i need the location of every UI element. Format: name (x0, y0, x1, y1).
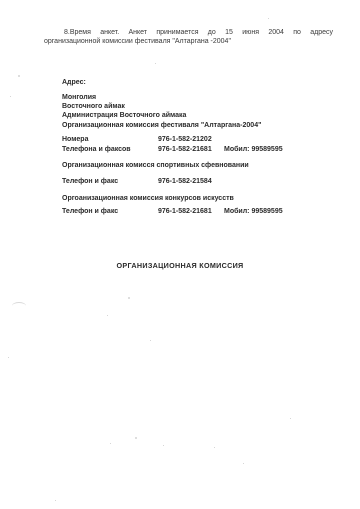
sports-phone-label: Телефон и факс (62, 178, 158, 187)
scanned-document-page: 8.Время анкет. Анкет принимается до 15 и… (0, 0, 360, 509)
phone-fax-row: Телефона и факсов 976-1-582-21681 Мобил:… (62, 146, 332, 155)
scan-speck (10, 96, 11, 97)
scan-speck (214, 447, 215, 448)
intro-paragraph-line1: 8.Время анкет. Анкет принимается до 15 и… (44, 29, 333, 38)
intro-paragraph: 8.Время анкет. Анкет принимается до 15 и… (44, 29, 333, 46)
sports-phone-value: 976-1-582-21584 (158, 178, 224, 187)
scan-speck (243, 463, 244, 464)
intro-paragraph-line2: организационной комиссии фестиваля "Алта… (44, 38, 333, 47)
scan-speck (268, 18, 269, 19)
address-label: Адрес: (62, 79, 86, 88)
scan-speck (135, 437, 137, 439)
sports-phone-extra (224, 178, 332, 187)
address-block: Монголия Восточного аймак Администрация … (62, 93, 261, 130)
address-region: Восточного аймак (62, 102, 261, 111)
scan-speck (107, 315, 108, 316)
arts-phone-label: Телефон и факс (62, 208, 158, 217)
section-heading: ОРГАНИЗАЦИОННАЯ КОМИССИЯ (0, 262, 360, 271)
scan-artifact-arc (12, 302, 26, 310)
sports-commission-phone-row: Телефон и факс 976-1-582-21584 (62, 178, 332, 187)
arts-commission-title: Оргоанизационная комиссия конкурсов иску… (62, 195, 234, 204)
numbers-row: Номера 976-1-582-21202 (62, 136, 332, 145)
arts-phone-mobile: Мобил: 99589595 (224, 208, 332, 217)
arts-phone-value: 976-1-582-21681 (158, 208, 224, 217)
phone-fax-label: Телефона и факсов (62, 146, 158, 155)
scan-speck (55, 500, 56, 501)
scan-speck (155, 63, 156, 64)
numbers-label: Номера (62, 136, 158, 145)
scan-speck (110, 443, 111, 444)
numbers-value: 976-1-582-21202 (158, 136, 224, 145)
numbers-extra (224, 136, 332, 145)
sports-commission-title: Организационная комисся спортивных сфевн… (62, 162, 249, 171)
scan-speck (290, 418, 291, 419)
arts-commission-phone-row: Телефон и факс 976-1-582-21681 Мобил: 99… (62, 208, 332, 217)
address-commission: Организационная комиссия фестиваля "Алта… (62, 121, 261, 130)
scan-speck (150, 340, 151, 341)
address-administration: Администрация Восточного аймака (62, 111, 261, 120)
phone-fax-value: 976-1-582-21681 (158, 146, 224, 155)
scan-speck (128, 297, 130, 299)
address-country: Монголия (62, 93, 261, 102)
scan-speck (163, 445, 164, 446)
scan-speck (8, 357, 9, 358)
phone-fax-mobile: Мобил: 99589595 (224, 146, 332, 155)
scan-speck (18, 75, 20, 77)
